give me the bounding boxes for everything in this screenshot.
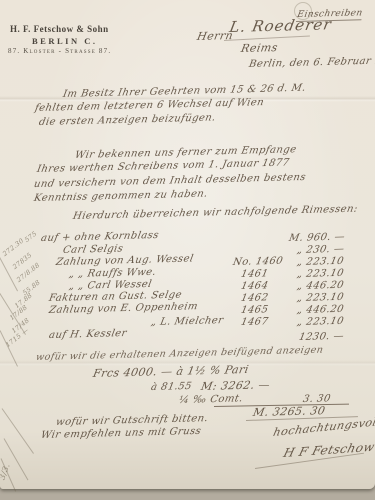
row-docno: 1462 bbox=[240, 292, 269, 304]
letter-paper: H. F. Fetschow & Sohn BERLIN C. 87. Klos… bbox=[0, 0, 375, 489]
row-amount: „ 230. — bbox=[296, 244, 345, 256]
recipient-city: Reims bbox=[240, 41, 279, 55]
settlement-line1: Frcs 4000. — à 1½ % Pari bbox=[92, 363, 250, 380]
row-docno: 1467 bbox=[240, 316, 269, 328]
row-desc: Carl Selgis bbox=[62, 243, 124, 256]
row-desc: Zahlung von Aug. Wessel bbox=[55, 253, 194, 268]
row-amount: M. 960. — bbox=[288, 232, 346, 244]
letterhead-city: BERLIN C. bbox=[32, 36, 97, 46]
settlement-note: wofür wir die erhaltenen Anzeigen beifüg… bbox=[35, 345, 324, 363]
row-docno: 1464 bbox=[240, 280, 269, 292]
body-p1-line1: Im Besitz Ihrer Geehrten vom 15 & 26 d. … bbox=[62, 83, 307, 100]
letterhead-street: 87. Kloster - Strasse 87. bbox=[8, 47, 111, 55]
dateline: Berlin, den 6. Februar 1877 bbox=[248, 55, 375, 70]
row-amount: „ 446.20 bbox=[296, 280, 345, 292]
row-desc: „ L. Mielcher bbox=[150, 315, 224, 328]
row-desc: auf H. Kessler bbox=[48, 328, 128, 341]
settlement-commission-label: ¼ ‰ Comt. bbox=[178, 393, 244, 406]
closing-line2: Wir empfehlen uns mit Gruss bbox=[40, 426, 202, 441]
row-desc: „ „ Rauffs Wwe. bbox=[68, 267, 157, 280]
row-docno: No. 1460 bbox=[232, 256, 284, 268]
row-amount: „ 223.10 bbox=[296, 292, 345, 304]
settlement-rate: à 81.55 bbox=[150, 381, 193, 393]
signature: H F Fetschow & Sohn bbox=[282, 436, 375, 460]
letterhead-company: H. F. Fetschow & Sohn bbox=[10, 24, 109, 34]
row-amount: „ 223.10 bbox=[296, 316, 345, 328]
row-amount: 1230. — bbox=[298, 331, 345, 343]
body-p1-line3: die ersten Anzeigen beizufügen. bbox=[38, 112, 217, 128]
row-amount: „ 223.10 bbox=[296, 256, 345, 268]
list-intro: Hierdurch überreichen wir nachfolgende R… bbox=[72, 204, 359, 222]
row-docno: 1465 bbox=[240, 304, 269, 316]
body-p2-line3: und versichern von dem Inhalt desselben … bbox=[33, 172, 307, 190]
row-amount: „ 223.10 bbox=[296, 268, 345, 280]
scanned-letter-page: { "letterhead": { "company": "H. F. Fets… bbox=[0, 0, 375, 500]
settlement-amount1: M: 3262. — bbox=[200, 378, 271, 393]
recipient-name: L. Roederer bbox=[228, 15, 333, 36]
margin-scribble bbox=[2, 408, 34, 454]
row-amount: „ 446.20 bbox=[296, 304, 345, 316]
row-docno: 1461 bbox=[240, 268, 269, 280]
recipient-flourish bbox=[224, 35, 310, 40]
row-desc: auf + ohne Kornblass bbox=[40, 230, 160, 244]
body-p2-line4: Kenntniss genommen zu haben. bbox=[33, 188, 209, 204]
